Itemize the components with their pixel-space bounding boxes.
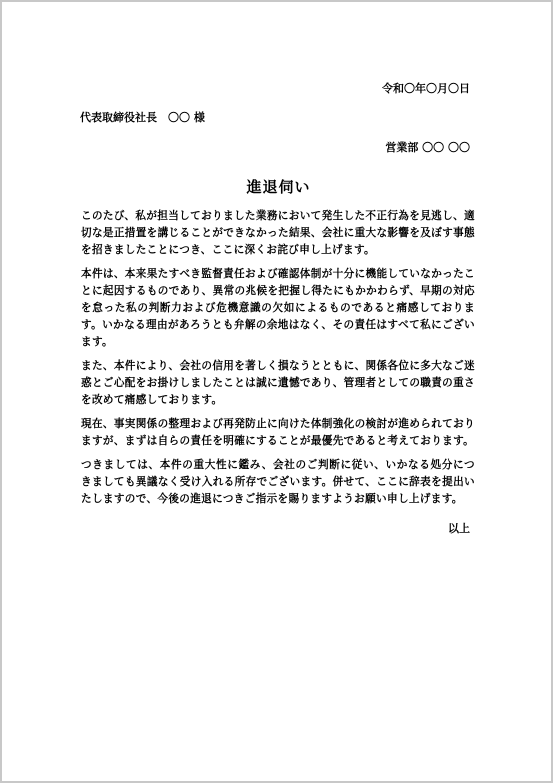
body-paragraph-5: つきましては、本件の重大性に鑑み、会社のご判断に従い、いかなる処分につきましても… — [81, 457, 475, 508]
document-title: 進退伺い — [2, 178, 553, 196]
sender-line: 営業部 〇〇 〇〇 — [385, 141, 470, 155]
document-page: 令和〇年〇月〇日 代表取締役社長 〇〇 様 営業部 〇〇 〇〇 進退伺い このた… — [0, 0, 553, 783]
document-date: 令和〇年〇月〇日 — [382, 82, 470, 96]
recipient-line: 代表取締役社長 〇〇 様 — [80, 111, 205, 125]
body-paragraph-3: また、本件により、会社の信用を著しく損なうとともに、関係各位に多大なご迷惑とご心… — [81, 358, 475, 409]
document-body: このたび、私が担当しておりました業務において発生した不正行為を見逃し、適切な是正… — [81, 208, 475, 515]
body-paragraph-1: このたび、私が担当しておりました業務において発生した不正行為を見逃し、適切な是正… — [81, 208, 475, 259]
body-paragraph-2: 本件は、本来果たすべき監督責任および確認体制が十分に機能していなかったことに起因… — [81, 266, 475, 351]
closing-remark: 以上 — [448, 522, 470, 536]
body-paragraph-4: 現在、事実関係の整理および再発防止に向けた体制強化の検討が進められておりますが、… — [81, 416, 475, 450]
